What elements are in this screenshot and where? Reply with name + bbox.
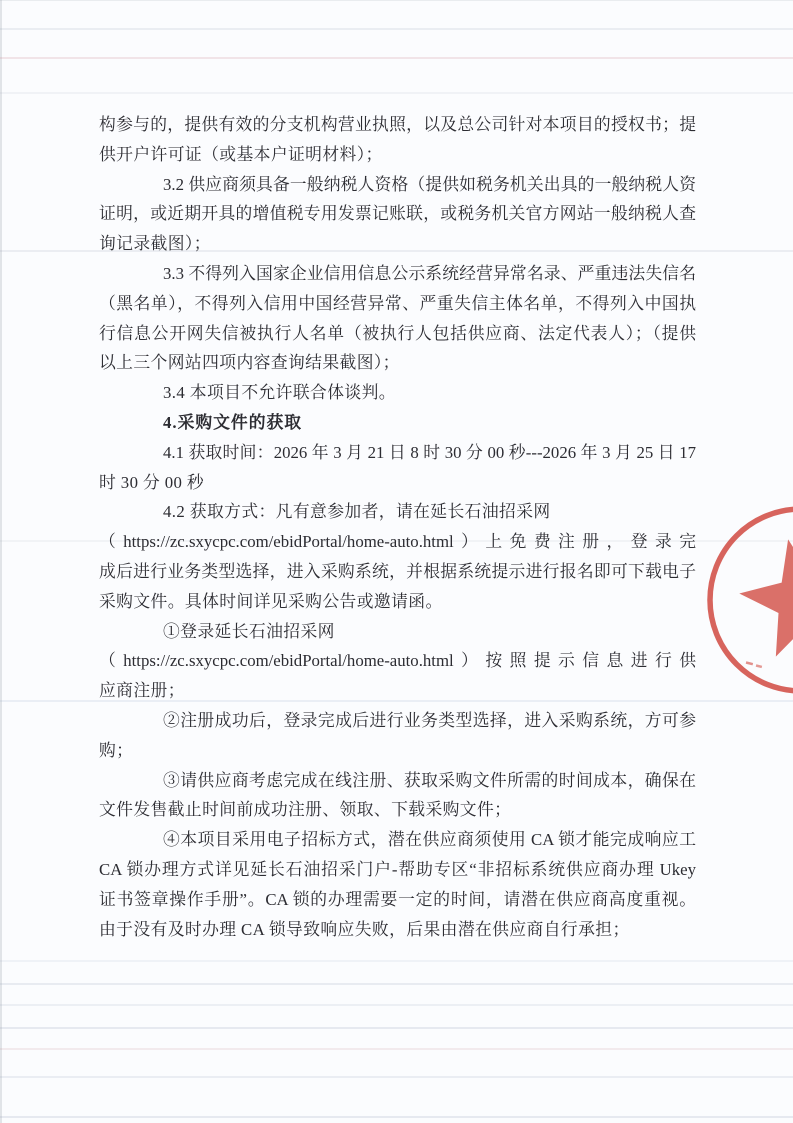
document-line: 以上三个网站四项内容查询结果截图）； [99, 348, 696, 378]
document-line: 采购文件。具体时间详见采购公告或邀请函。 [99, 587, 696, 617]
scan-artifact-line [0, 1076, 793, 1078]
seal-serial-mark [756, 664, 762, 668]
document-line: 证书签章操作手册”。CA 锁的办理需要一定的时间，请潜在供应商高度重视。 [99, 885, 696, 915]
scan-artifact-line [0, 28, 793, 30]
company-seal-stamp: 司公限有陕 [688, 484, 793, 724]
scan-artifact-line [0, 960, 793, 962]
document-line: 购； [99, 736, 696, 766]
scan-artifact-line [0, 1027, 793, 1029]
document-line: 3.3 不得列入国家企业信用信息公示系统经营异常名录、严重违法失信名单 [99, 259, 696, 289]
document-line: （黑名单），不得列入信用中国经营异常、严重失信主体名单，不得列入中国执 [99, 289, 696, 319]
document-line: 应商注册； [99, 676, 696, 706]
seal-outer-ring [710, 509, 793, 691]
scan-artifact-line [0, 1116, 793, 1118]
scan-artifact-line [0, 1048, 793, 1050]
document-line: 4.采购文件的获取 [99, 408, 696, 438]
document-line: ②注册成功后，登录完成后进行业务类型选择，进入采购系统，方可参与采 [99, 706, 696, 736]
document-line: 3.4 本项目不允许联合体谈判。 [99, 378, 696, 408]
seal-star-icon [730, 527, 793, 661]
seal-serial-mark [746, 661, 753, 665]
document-line: 文件发售截止时间前成功注册、领取、下载采购文件； [99, 795, 696, 825]
scan-artifact-line [0, 1004, 793, 1006]
document-line: 供开户许可证（或基本户证明材料）； [99, 140, 696, 170]
document-line: （https://zc.sxycpc.com/ebidPortal/home-a… [99, 527, 696, 557]
document-line: 时 30 分 00 秒 [99, 468, 696, 498]
document-line: CA 锁办理方式详见延长石油招采门户-帮助专区“非招标系统供应商办理 Ukey [99, 855, 696, 885]
document-line: ③请供应商考虑完成在线注册、获取采购文件所需的时间成本，确保在采购 [99, 766, 696, 796]
document-line: 由于没有及时办理 CA 锁导致响应失败，后果由潜在供应商自行承担； [99, 915, 696, 945]
document-line: 4.2 获取方式：凡有意参加者，请在延长石油招采网 [99, 497, 696, 527]
document-line: 3.2 供应商须具备一般纳税人资格（提供如税务机关出具的一般纳税人资格 [99, 170, 696, 200]
document-line: （https://zc.sxycpc.com/ebidPortal/home-a… [99, 646, 696, 676]
scan-artifact-line [0, 92, 793, 94]
scanned-document-page: 构参与的，提供有效的分支机构营业执照，以及总公司针对本项目的授权书；提供开户许可… [0, 0, 793, 1123]
document-line: 询记录截图）； [99, 229, 696, 259]
document-line: 行信息公开网失信被执行人名单（被执行人包括供应商、法定代表人）；（提供 [99, 319, 696, 349]
document-line: ①登录延长石油招采网 [99, 617, 696, 647]
document-line: 4.1 获取时间：2026 年 3 月 21 日 8 时 30 分 00 秒--… [99, 438, 696, 468]
document-line: 成后进行业务类型选择，进入采购系统，并根据系统提示进行报名即可下载电子 [99, 557, 696, 587]
document-body: 构参与的，提供有效的分支机构营业执照，以及总公司针对本项目的授权书；提供开户许可… [99, 110, 696, 944]
document-line: 证明，或近期开具的增值税专用发票记账联，或税务机关官方网站一般纳税人查 [99, 199, 696, 229]
scan-artifact-line [0, 57, 793, 59]
document-line: 构参与的，提供有效的分支机构营业执照，以及总公司针对本项目的授权书；提 [99, 110, 696, 140]
document-line: ④本项目采用电子招标方式，潜在供应商须使用 CA 锁才能完成响应工作， [99, 825, 696, 855]
scan-artifact-line [0, 983, 793, 985]
